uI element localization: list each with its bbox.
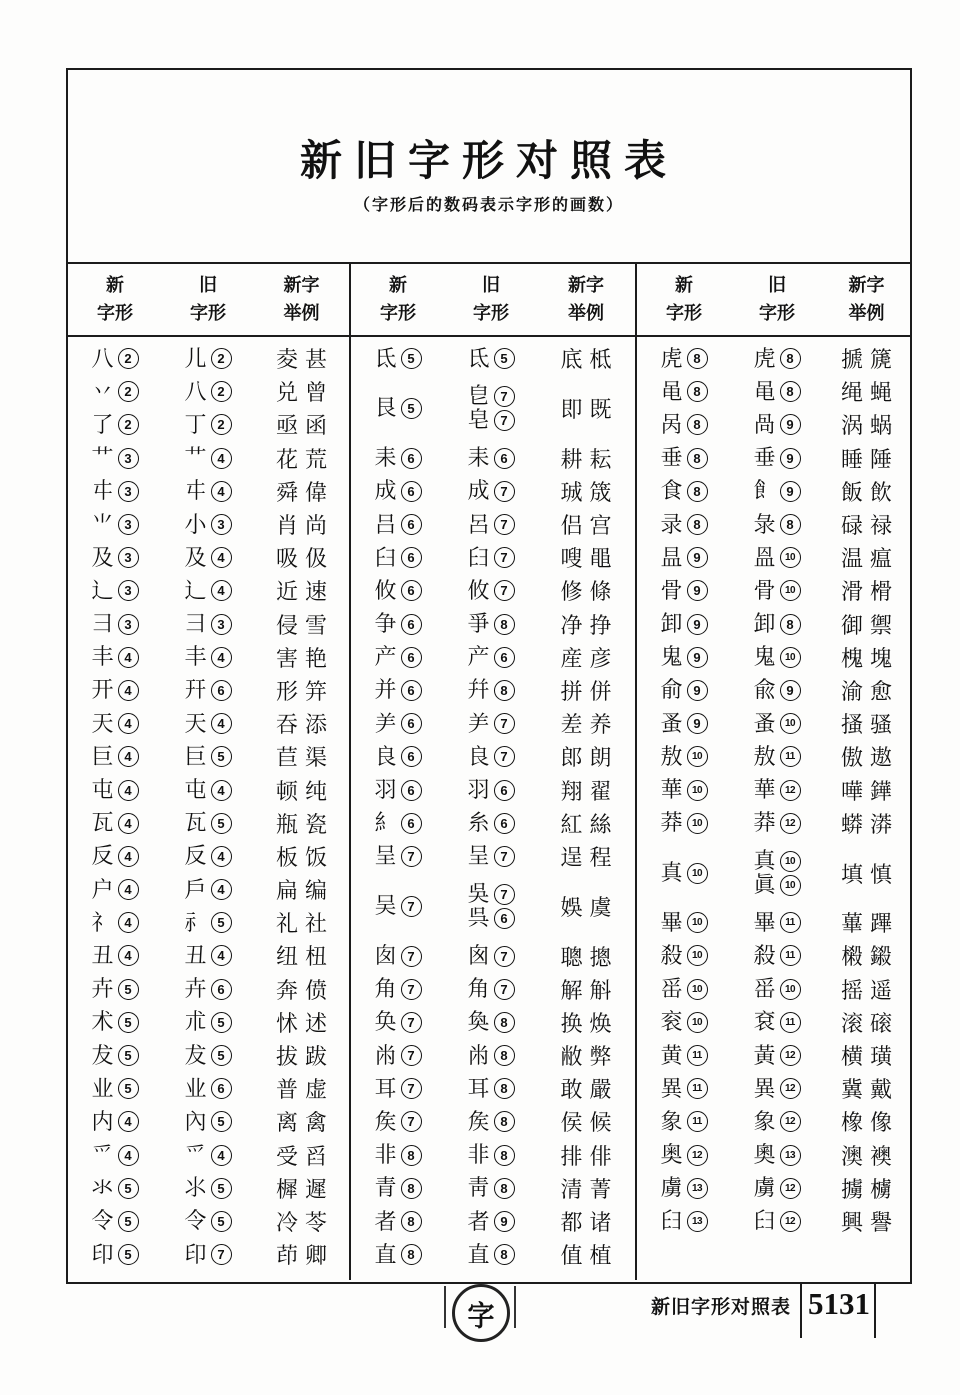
table-row: 犮5犮5拔跋: [68, 1039, 349, 1072]
stroke-count-badge: 9: [780, 448, 801, 469]
character-glyph: 卉: [184, 978, 206, 1000]
new-form-cell: 瓦4: [68, 812, 162, 834]
character-glyph: 彔: [753, 514, 775, 536]
table-row: ⺶6⺶7差养: [351, 707, 635, 740]
stroke-count-badge: 12: [780, 813, 801, 834]
examples-cell: 産彦: [537, 642, 635, 673]
new-form-cell: 吴7: [351, 895, 445, 917]
new-form-cell: 虜13: [637, 1177, 731, 1199]
character-glyph: 呂: [467, 514, 489, 536]
stroke-count-badge: 7: [494, 746, 515, 767]
old-form-cell: 矦8: [445, 1111, 537, 1133]
examples-cell: 奔偾: [254, 974, 349, 1005]
new-form-cell: 丑4: [68, 945, 162, 967]
character-glyph: 直: [374, 1244, 396, 1266]
stroke-count-badge: 10: [687, 1012, 708, 1033]
character-glyph: 𦥑: [660, 1210, 682, 1232]
stroke-count-badge: 12: [687, 1145, 708, 1166]
stroke-count-badge: 6: [494, 448, 515, 469]
group-header: 新字形旧字形新字举例: [351, 264, 635, 337]
character-glyph: 耒: [374, 447, 396, 469]
table-row: 莽10莽12蟒漭: [637, 807, 910, 840]
header-new-form: 新字形: [68, 272, 162, 328]
stroke-count-badge: 5: [118, 1045, 139, 1066]
column-group-3: 新字形旧字形新字举例虎8虎8搋篪黾8黾8绳蝇呙8咼9涡蜗垂8垂9睡陲食8飠9飯飲…: [635, 262, 910, 1280]
character-glyph: 㐄: [184, 480, 206, 502]
stroke-count-badge: 8: [401, 1244, 422, 1265]
character-glyph: 卸: [753, 613, 775, 635]
stroke-count-badge: 9: [687, 647, 708, 668]
character-glyph: 开: [91, 679, 113, 701]
stroke-count-badge: 5: [401, 348, 422, 369]
stroke-count-badge: 11: [780, 1012, 801, 1033]
character-glyph: 攸: [374, 580, 396, 602]
examples-cell: 敝弊: [537, 1040, 635, 1071]
examples-cell: 换焕: [537, 1007, 635, 1038]
stroke-count-badge: 4: [211, 713, 232, 734]
table-row: 呙8咼9涡蜗: [637, 408, 910, 441]
new-form-cell: ⺶6: [351, 713, 445, 735]
old-form-cell: 艹4: [162, 447, 254, 469]
table-row: 呈7呈7逞程: [351, 840, 635, 873]
character-glyph: 吴: [374, 895, 396, 917]
old-form-cell: 良7: [445, 746, 537, 768]
old-form-cell: 敖11: [731, 746, 823, 768]
character-glyph: 户: [91, 879, 113, 901]
stroke-count-badge: 11: [687, 1111, 708, 1132]
old-form-cell: 成7: [445, 480, 537, 502]
character-glyph: 奥: [660, 1144, 682, 1166]
character-glyph: 殺: [660, 945, 682, 967]
character-glyph: 戶: [184, 879, 206, 901]
new-form-cell: 反4: [68, 845, 162, 867]
examples-cell: 樨遲: [254, 1173, 349, 1204]
character-glyph: 呈: [467, 845, 489, 867]
character-glyph: 兪: [753, 679, 775, 701]
column-group-2: 新字形旧字形新字举例氐5氐5底柢艮5皀7皂7即既耒6耒6耕耘成6成7珹筬吕6呂7…: [349, 262, 635, 1280]
character-glyph: 巨: [184, 746, 206, 768]
old-form-cell: 业6: [162, 1078, 254, 1100]
stroke-count-badge: 6: [401, 813, 422, 834]
table-row: ⺌3小3肖尚: [68, 508, 349, 541]
old-form-cell: 彔8: [731, 514, 823, 536]
stroke-count-badge: 8: [780, 348, 801, 369]
character-glyph: 争: [374, 613, 396, 635]
stroke-count-badge: 6: [401, 746, 422, 767]
character-glyph: 異: [753, 1078, 775, 1100]
character-glyph: 令: [184, 1210, 206, 1232]
character-glyph: 耒: [467, 447, 489, 469]
stroke-count-badge: 4: [118, 912, 139, 933]
character-glyph: 八: [184, 381, 206, 403]
table-row: 丑4丑4纽杻: [68, 939, 349, 972]
stroke-count-badge: 8: [494, 1178, 515, 1199]
character-glyph: 咼: [753, 414, 775, 436]
old-form-cell: 耒6: [445, 447, 537, 469]
character-glyph: 莽: [753, 812, 775, 834]
character-glyph: 天: [184, 713, 206, 735]
old-form-cell: 戶4: [162, 879, 254, 901]
character-glyph: 爭: [467, 613, 489, 635]
character-glyph: 丁: [184, 414, 206, 436]
examples-cell: 嘩鏵: [823, 775, 910, 806]
new-form-cell: 及3: [68, 547, 162, 569]
new-form-cell: 異11: [637, 1078, 731, 1100]
character-glyph: 朮: [184, 1011, 206, 1033]
header-examples: 新字举例: [537, 272, 635, 328]
character-glyph: 直: [467, 1244, 489, 1266]
character-glyph: 敖: [660, 746, 682, 768]
table-row: 衮10袞11滚磙: [637, 1006, 910, 1039]
stroke-count-badge: 10: [687, 813, 708, 834]
old-form-cell: 卉6: [162, 978, 254, 1000]
column-group-1: 新字形旧字形新字举例八2儿2夌甚丷2八2兑曾了2丁2亟函艹3艹4花荒㐄3㐄4舜偉…: [68, 262, 349, 1280]
examples-cell: 侯候: [537, 1106, 635, 1137]
character-glyph: 矦: [467, 1111, 489, 1133]
table-row: 畢10畢11蓽蹕: [637, 906, 910, 939]
dictionary-page: 新旧字形对照表 （字形后的数码表示字形的画数） 新字形旧字形新字举例八2儿2夌甚…: [0, 0, 960, 1395]
character-glyph: 者: [467, 1211, 489, 1233]
character-glyph: ⺬: [184, 912, 206, 934]
old-form-cell: 丁2: [162, 414, 254, 436]
character-glyph: 矦: [374, 1111, 396, 1133]
character-glyph: 骨: [753, 580, 775, 602]
character-glyph: 角: [467, 978, 489, 1000]
group-rows: 虎8虎8搋篪黾8黾8绳蝇呙8咼9涡蜗垂8垂9睡陲食8飠9飯飲录8彔8碌禄昷9𥁕1…: [637, 337, 910, 1238]
character-glyph: 良: [467, 746, 489, 768]
old-form-cell: 畢11: [731, 912, 823, 934]
examples-cell: 普虚: [254, 1073, 349, 1104]
table-row: 录8彔8碌禄: [637, 508, 910, 541]
character-glyph: 八: [91, 348, 113, 370]
old-form-cell: 直8: [445, 1244, 537, 1266]
character-glyph: 幵: [184, 679, 206, 701]
old-form-cell: 咼9: [731, 414, 823, 436]
stroke-count-badge: 4: [211, 580, 232, 601]
table-row: 異11異12冀戴: [637, 1072, 910, 1105]
character-glyph: 虎: [753, 348, 775, 370]
stroke-count-badge: 13: [780, 1145, 801, 1166]
table-row: 虜13虜12擄㯭: [637, 1172, 910, 1205]
character-glyph: 䍃: [753, 978, 775, 1000]
stroke-count-badge: 9: [687, 680, 708, 701]
stroke-count-badge: 6: [401, 547, 422, 568]
stroke-count-badge: 2: [211, 414, 232, 435]
examples-cell: 亟函: [254, 409, 349, 440]
old-form-cell: 呂7: [445, 514, 537, 536]
stroke-count-badge: 4: [211, 1145, 232, 1166]
character-glyph: 丰: [91, 646, 113, 668]
character-glyph: 䍃: [660, 978, 682, 1000]
character-glyph: 眞: [753, 874, 775, 896]
examples-cell: 礼社: [254, 907, 349, 938]
examples-cell: 肖尚: [254, 509, 349, 540]
old-form-cell: 印7: [162, 1244, 254, 1266]
old-form-cell: 令5: [162, 1210, 254, 1232]
new-form-cell: 良6: [351, 746, 445, 768]
stroke-count-badge: 4: [118, 846, 139, 867]
character-glyph: 囪: [467, 945, 489, 967]
character-glyph: 羽: [374, 779, 396, 801]
stroke-count-badge: 6: [401, 614, 422, 635]
stroke-count-badge: 8: [687, 448, 708, 469]
character-glyph: 飠: [753, 480, 775, 502]
table-row: 并6幷8拼併: [351, 674, 635, 707]
new-form-cell: 艮5: [351, 397, 445, 419]
new-form-cell: 耳7: [351, 1078, 445, 1100]
table-row: 争6爭8净挣: [351, 608, 635, 641]
old-form-cell: 象12: [731, 1111, 823, 1133]
character-glyph: 內: [184, 1111, 206, 1133]
table-row: 八2儿2夌甚: [68, 342, 349, 375]
examples-cell: 怵述: [254, 1007, 349, 1038]
table-frame: 新旧字形对照表 （字形后的数码表示字形的画数） 新字形旧字形新字举例八2儿2夌甚…: [66, 68, 912, 1284]
footer-divider: [874, 1282, 876, 1338]
character-glyph: 业: [184, 1078, 206, 1100]
examples-cell: 冀戴: [823, 1073, 910, 1104]
character-glyph: 丑: [184, 945, 206, 967]
character-glyph: 天: [91, 713, 113, 735]
examples-cell: 解斛: [537, 974, 635, 1005]
stroke-count-badge: 10: [687, 912, 708, 933]
stroke-count-badge: 2: [211, 381, 232, 402]
table-row: 开4幵6形笄: [68, 674, 349, 707]
new-form-cell: 了2: [68, 414, 162, 436]
new-form-cell: 印5: [68, 1244, 162, 1266]
new-form-cell: 丷2: [68, 381, 162, 403]
character-glyph: 犮: [184, 1045, 206, 1067]
character-glyph: 靑: [467, 1177, 489, 1199]
old-form-cell: 莽12: [731, 812, 823, 834]
character-glyph: 产: [467, 646, 489, 668]
old-form-cell: 爫4: [162, 1144, 254, 1166]
character-glyph: 耳: [467, 1078, 489, 1100]
examples-cell: 吞添: [254, 708, 349, 739]
table-row: 瓦4瓦5瓶瓷: [68, 807, 349, 840]
stroke-count-badge: 8: [494, 614, 515, 635]
examples-cell: 槐塊: [823, 642, 910, 673]
old-form-cell: 㡀8: [445, 1045, 537, 1067]
examples-cell: 吸伋: [254, 542, 349, 573]
character-glyph: 术: [91, 1011, 113, 1033]
stroke-count-badge: 6: [401, 514, 422, 535]
table-row: 䍃10䍃10摇遥: [637, 973, 910, 1006]
old-form-cell: 兪9: [731, 679, 823, 701]
old-form-cell: 呈7: [445, 845, 537, 867]
stroke-count-badge: 12: [780, 1045, 801, 1066]
new-form-cell: 殺10: [637, 945, 731, 967]
stroke-count-badge: 6: [401, 647, 422, 668]
character-glyph: 食: [660, 480, 682, 502]
examples-cell: 值植: [537, 1239, 635, 1270]
character-glyph: 奧: [753, 1144, 775, 1166]
character-glyph: 糸: [467, 812, 489, 834]
stroke-count-badge: 7: [494, 514, 515, 535]
new-form-cell: 㐄3: [68, 480, 162, 502]
new-form-cell: 虎8: [637, 348, 731, 370]
table-row: 爫4爫4受舀: [68, 1139, 349, 1172]
character-glyph: 虜: [660, 1177, 682, 1199]
old-form-cell: 囪7: [445, 945, 537, 967]
character-glyph: 黾: [660, 381, 682, 403]
character-glyph: ⺌: [91, 514, 113, 536]
examples-cell: 嗖黽: [537, 542, 635, 573]
character-glyph: 羽: [467, 779, 489, 801]
new-form-cell: 奂7: [351, 1011, 445, 1033]
stroke-count-badge: 5: [118, 1078, 139, 1099]
table-row: 真10真10眞10填慎: [637, 840, 910, 906]
stroke-count-badge: 4: [211, 481, 232, 502]
examples-cell: 顿纯: [254, 775, 349, 806]
new-form-cell: 垂8: [637, 447, 731, 469]
stroke-count-badge: 7: [494, 386, 515, 407]
examples-cell: 清菁: [537, 1173, 635, 1204]
new-form-cell: 录8: [637, 514, 731, 536]
stroke-count-badge: 4: [118, 746, 139, 767]
stroke-count-badge: 3: [118, 580, 139, 601]
old-form-cell: 黃12: [731, 1045, 823, 1067]
stroke-count-badge: 7: [401, 846, 422, 867]
stroke-count-badge: 8: [687, 414, 708, 435]
old-form-cell: 辶4: [162, 580, 254, 602]
character-glyph: 非: [374, 1144, 396, 1166]
new-form-cell: 黾8: [637, 381, 731, 403]
stroke-count-badge: 8: [687, 481, 708, 502]
character-glyph: 成: [374, 480, 396, 502]
stroke-count-badge: 12: [780, 1111, 801, 1132]
table-row: 艮5皀7皂7即既: [351, 375, 635, 441]
new-form-cell: 卸9: [637, 613, 731, 635]
old-form-cell: 非8: [445, 1144, 537, 1166]
table-row: 令5令5冷苓: [68, 1205, 349, 1238]
stroke-count-badge: 5: [211, 1211, 232, 1232]
stroke-count-badge: 5: [118, 1244, 139, 1265]
stroke-count-badge: 13: [687, 1211, 708, 1232]
table-row: 者8者9都诸: [351, 1205, 635, 1238]
examples-cell: 聰摠: [537, 941, 635, 972]
examples-cell: 傲遨: [823, 741, 910, 772]
stroke-count-badge: 10: [687, 979, 708, 1000]
stroke-count-badge: 10: [780, 875, 801, 896]
new-form-cell: 内4: [68, 1111, 162, 1133]
stroke-count-badge: 8: [494, 1145, 515, 1166]
footer-table-label: 新旧字形对照表: [650, 1292, 792, 1319]
table-row: 业5业6普虚: [68, 1072, 349, 1105]
stroke-count-badge: 7: [494, 410, 515, 431]
character-glyph: 内: [91, 1111, 113, 1133]
stroke-count-badge: 4: [211, 945, 232, 966]
character-glyph: 呉: [467, 907, 489, 929]
stroke-count-badge: 10: [687, 780, 708, 801]
stroke-count-badge: 8: [780, 614, 801, 635]
old-form-cell: 耳8: [445, 1078, 537, 1100]
stroke-count-badge: 7: [494, 580, 515, 601]
header-old-form: 旧字形: [731, 272, 823, 328]
examples-cell: 横璜: [823, 1040, 910, 1071]
table-row: 非8非8排俳: [351, 1139, 635, 1172]
character-glyph: 氐: [374, 348, 396, 370]
table-row: 黄11黃12横璜: [637, 1039, 910, 1072]
seal-character: 字: [468, 1293, 495, 1334]
new-form-cell: 争6: [351, 613, 445, 635]
stroke-count-badge: 10: [780, 713, 801, 734]
old-form-cell: 羽6: [445, 779, 537, 801]
new-form-cell: 𦥑13: [637, 1210, 731, 1232]
old-form-cell: 靑8: [445, 1177, 537, 1199]
stroke-count-badge: 7: [401, 1078, 422, 1099]
stroke-count-badge: 12: [780, 1211, 801, 1232]
character-glyph: 幷: [467, 679, 489, 701]
stroke-count-badge: 9: [687, 580, 708, 601]
stroke-count-badge: 3: [211, 514, 232, 535]
seal-tick-left: [444, 1286, 446, 1328]
old-form-cell: 鬼10: [731, 646, 823, 668]
character-glyph: 皀: [467, 385, 489, 407]
new-form-cell: 爫4: [68, 1144, 162, 1166]
table-row: 了2丁2亟函: [68, 408, 349, 441]
table-row: 𦥑13𦥑12興譽: [637, 1205, 910, 1238]
new-form-cell: 直8: [351, 1244, 445, 1266]
old-form-variant: 呉6: [445, 907, 537, 929]
stroke-count-badge: 8: [494, 1045, 515, 1066]
old-form-cell: 巨5: [162, 746, 254, 768]
examples-cell: 都诸: [537, 1206, 635, 1237]
old-form-cell: 皀7皂7: [445, 385, 537, 431]
table-row: 奂7奐8换焕: [351, 1006, 635, 1039]
new-form-cell: 氐5: [351, 348, 445, 370]
stroke-count-badge: 2: [118, 414, 139, 435]
examples-cell: 舜偉: [254, 476, 349, 507]
old-form-cell: 𦥑7: [445, 547, 537, 569]
examples-cell: 郎朗: [537, 741, 635, 772]
character-glyph: 非: [467, 1144, 489, 1166]
character-glyph: 爫: [91, 1144, 113, 1166]
character-glyph: 畢: [660, 912, 682, 934]
character-glyph: 辶: [184, 580, 206, 602]
stroke-count-badge: 3: [118, 514, 139, 535]
stroke-count-badge: 4: [211, 448, 232, 469]
new-form-cell: 角7: [351, 978, 445, 1000]
stroke-count-badge: 5: [211, 746, 232, 767]
character-glyph: 呙: [660, 414, 682, 436]
stroke-count-badge: 9: [687, 713, 708, 734]
character-glyph: 虎: [660, 348, 682, 370]
table-row: 耳7耳8敢嚴: [351, 1072, 635, 1105]
stroke-count-badge: 5: [211, 912, 232, 933]
character-glyph: 瓦: [91, 812, 113, 834]
new-form-cell: 俞9: [637, 679, 731, 701]
stroke-count-badge: 4: [118, 879, 139, 900]
stroke-count-badge: 5: [118, 1012, 139, 1033]
old-form-cell: 反4: [162, 845, 254, 867]
stroke-count-badge: 6: [401, 448, 422, 469]
character-glyph: 象: [660, 1111, 682, 1133]
character-glyph: 者: [374, 1211, 396, 1233]
table-row: 耒6耒6耕耘: [351, 442, 635, 475]
examples-cell: 填慎: [823, 858, 910, 889]
stroke-count-badge: 5: [211, 1111, 232, 1132]
character-glyph: 虜: [753, 1177, 775, 1199]
character-glyph: 衮: [660, 1011, 682, 1033]
stroke-count-badge: 5: [211, 1045, 232, 1066]
old-form-cell: 骨10: [731, 580, 823, 602]
new-form-cell: 八2: [68, 348, 162, 370]
header-new-form: 新字形: [637, 272, 731, 328]
stroke-count-badge: 12: [780, 780, 801, 801]
old-form-cell: 垂9: [731, 447, 823, 469]
examples-cell: 苣渠: [254, 741, 349, 772]
new-form-cell: 开4: [68, 679, 162, 701]
